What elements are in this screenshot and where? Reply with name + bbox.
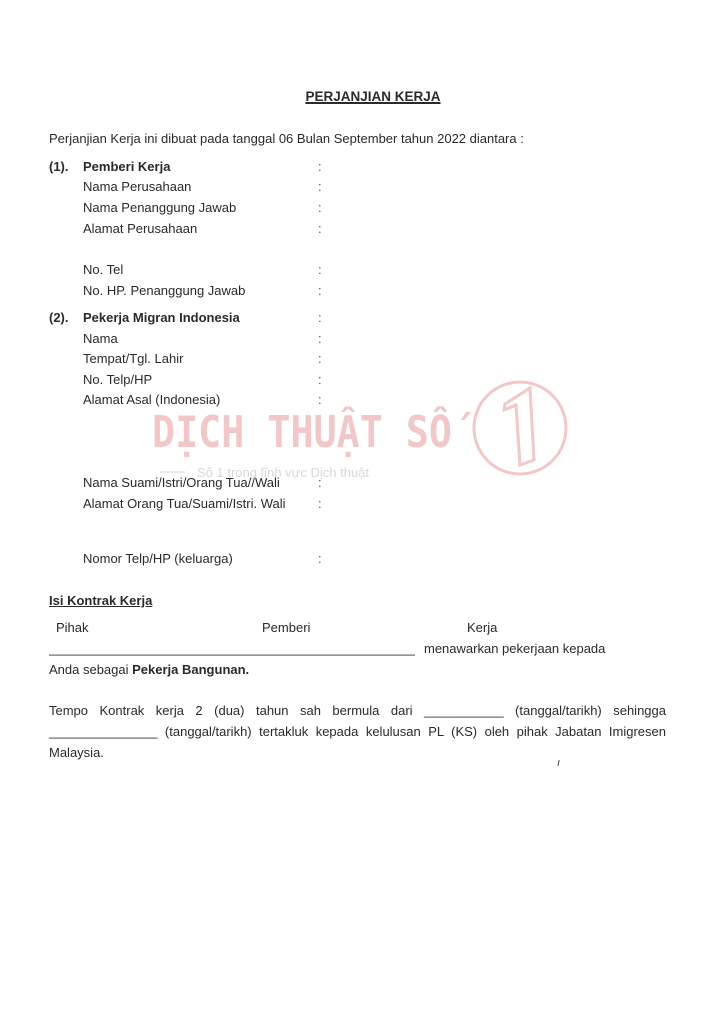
field-label-nomor-telp-keluarga: Nomor Telp/HP (keluarga) [83,551,233,566]
field-label-nama-suami-istri: Nama Suami/Istri/Orang Tua//Wali [83,475,280,490]
employer-name-blank: ________________________________________… [49,641,415,656]
field-label-no-tel: No. Tel [83,262,123,277]
watermark-logo-numeral-icon [504,388,534,465]
contract-duration-line1: Tempo Kontrak kerja 2 (dua) tahun sah be… [49,703,666,718]
colon: : [318,372,322,387]
contract-word-pihak: Pihak [56,620,89,635]
field-label-no-hp-penanggung-jawab: No. HP. Penanggung Jawab [83,283,245,298]
colon: : [318,331,322,346]
colon: : [318,283,322,298]
colon: : [318,179,322,194]
colon: : [318,262,322,277]
watermark-brand: DỊCH THUẬT SỐ [152,405,472,458]
contract-duration-line3: Malaysia. [49,745,104,760]
field-label-nama-penanggung-jawab: Nama Penanggung Jawab [83,200,236,215]
section2-heading: Pekerja Migran Indonesia [83,310,240,325]
colon: : [318,159,322,174]
colon: : [318,392,322,407]
watermark: DỊCH THUẬT SỐ Số 1 trong lĩnh vực Dịch t… [0,0,724,1024]
contract-duration-line2: _______________ (tanggal/tarikh) tertakl… [49,724,666,739]
contract-word-kerja: Kerja [467,620,497,635]
field-label-alamat-orang-tua: Alamat Orang Tua/Suami/Istri. Wali [83,496,286,511]
colon: : [318,351,322,366]
intro-text: Perjanjian Kerja ini dibuat pada tanggal… [49,131,524,146]
colon: : [318,310,322,325]
contract-offer-text: menawarkan pekerjaan kepada [424,641,605,656]
colon: : [318,475,322,490]
field-label-alamat-asal: Alamat Asal (Indonesia) [83,392,220,407]
watermark-logo-circle [474,382,566,474]
stray-mark: ı [557,757,560,769]
section1-number: (1). [49,159,69,174]
contract-word-pemberi: Pemberi [262,620,310,635]
section1-heading: Pemberi Kerja [83,159,170,174]
colon: : [318,551,322,566]
field-label-nama-perusahaan: Nama Perusahaan [83,179,191,194]
document-title: PERJANJIAN KERJA [0,89,724,104]
field-label-tempat-tgl-lahir: Tempat/Tgl. Lahir [83,351,183,366]
field-label-nama: Nama [83,331,118,346]
colon: : [318,200,322,215]
colon: : [318,221,322,236]
contract-position-line: Anda sebagai Pekerja Bangunan. [49,662,249,677]
field-label-alamat-perusahaan: Alamat Perusahaan [83,221,197,236]
job-title: Pekerja Bangunan. [132,662,249,677]
colon: : [318,496,322,511]
contract-heading: Isi Kontrak Kerja [49,593,152,608]
field-label-no-telp-hp: No. Telp/HP [83,372,152,387]
section2-number: (2). [49,310,69,325]
